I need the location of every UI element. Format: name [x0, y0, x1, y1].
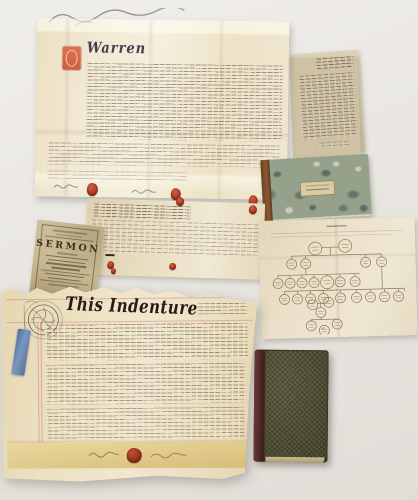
wax-seal [87, 183, 98, 196]
signature [131, 188, 157, 196]
letter-body-lines [298, 72, 358, 140]
docket-flourish [45, 6, 195, 30]
ink-mark [105, 254, 114, 256]
blue-ribbon [11, 328, 31, 375]
deed-text-lines [90, 219, 259, 257]
label-writing [306, 188, 329, 190]
wax-seal [127, 448, 142, 463]
deed-text-lines [46, 407, 244, 441]
green-cloth-book [253, 350, 328, 463]
wax-seal-remnant [249, 205, 257, 214]
pedigree-tree-drawing [263, 220, 414, 336]
deed-opening-word: Warren [87, 40, 147, 58]
label-writing [306, 184, 329, 186]
pedigree-chart [258, 217, 417, 339]
deed-text-lines [46, 363, 246, 405]
notebook-paper-label [300, 180, 336, 197]
title-page-border: SERMON [32, 224, 98, 317]
signature [87, 450, 121, 460]
signature [53, 182, 79, 190]
deed-text-lines [197, 303, 247, 315]
page-edges [265, 457, 324, 463]
book-cover [263, 350, 328, 459]
wax-seal-remnant [111, 268, 116, 274]
deed-text-lines [86, 63, 283, 142]
wax-seal-remnant [169, 263, 176, 270]
sermon-pamphlet: SERMON [27, 220, 104, 322]
top-vellum-deed: Warren [35, 18, 289, 200]
deed-text-lines [47, 142, 279, 167]
wax-seal-remnant [176, 197, 184, 206]
deed-text-lines [47, 170, 187, 181]
handwritten-letter [291, 50, 366, 156]
red-ruling [6, 320, 252, 324]
revenue-stamp [63, 47, 81, 70]
bottom-fold [9, 442, 247, 469]
signature [149, 451, 191, 461]
middle-vellum-deed [85, 198, 265, 279]
deed-premises-lines [93, 204, 191, 220]
marbled-notebook [260, 154, 371, 222]
deed-text-lines [45, 323, 247, 361]
photograph-of-document-lot: Warren [0, 0, 418, 500]
ruled-margin [37, 323, 42, 457]
